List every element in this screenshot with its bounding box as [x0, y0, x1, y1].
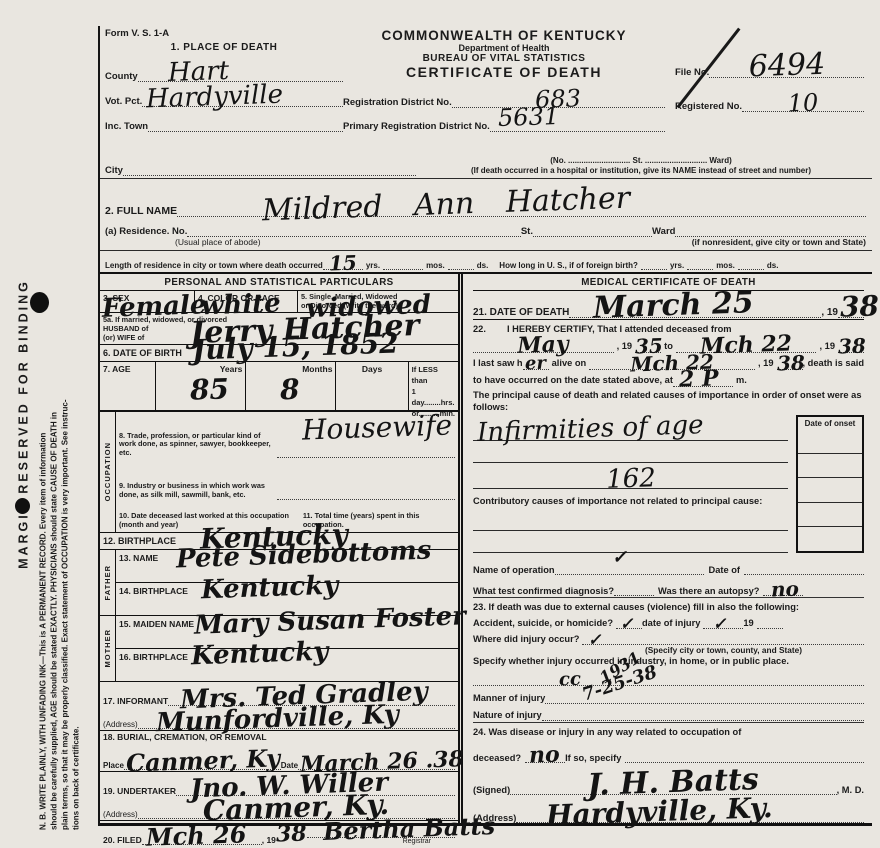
diagnosis-autopsy-row: What test confirmed diagnosis? Was there… — [473, 575, 864, 598]
occurred-time-line: 2 P — [673, 376, 733, 387]
last-saw-date-line: Mch 22 — [589, 359, 755, 370]
dod-year-line: 38 — [838, 307, 864, 318]
cause-of-death-area: Infirmities of age 162 Contributory caus… — [473, 415, 864, 553]
file-no-line: 6494 — [709, 67, 864, 78]
last-saw-row: I last saw h er alive on Mch 22 , 19 38 … — [473, 353, 864, 370]
date-of-death-label: 21. DATE OF DEATH — [473, 307, 569, 318]
ink-blot — [30, 292, 49, 313]
form-number: Form V. S. 1-A — [105, 28, 343, 39]
death-certificate-scan: MARGIN RESERVED FOR BINDING N. B. WRITE … — [0, 0, 880, 848]
city-hint-top: (No. ............................ St. ..… — [550, 156, 732, 165]
last-saw-year-prefix: , 19 — [758, 357, 774, 370]
manner-label: Manner of injury — [473, 692, 545, 704]
mother-birthplace-row: 16. BIRTHPLACE Kentucky — [116, 649, 458, 681]
date-of-onset-label: Date of onset — [798, 417, 862, 430]
contributory-line-1 — [473, 509, 788, 531]
certificate-title: CERTIFICATE OF DEATH — [343, 64, 665, 80]
filed-row: 20. FILED Mch 26 , 19 38 Bertha Batts Re… — [100, 821, 458, 847]
deceased-label: deceased? — [473, 753, 521, 763]
pen-mark: ✓ — [588, 632, 602, 648]
inc-town-label: Inc. Town — [105, 121, 148, 132]
injury-year-prefix: 19 — [743, 617, 753, 629]
filed-year-handwriting: 38 — [276, 822, 307, 845]
autopsy-handwriting: no — [771, 579, 800, 600]
registered-no-handwriting: 10 — [787, 90, 818, 115]
file-no-handwriting: 6494 — [748, 50, 825, 83]
filed-date-line: Mch 26 — [142, 834, 262, 845]
spouse-label-2: HUSBAND of — [103, 324, 148, 333]
deceased-line: no — [525, 752, 565, 763]
last-saw-pre: I last saw h — [473, 357, 523, 370]
father-bp-label: 14. BIRTHPLACE — [119, 586, 188, 596]
ds-label: ds. — [477, 261, 489, 270]
length-label: Length of residence in city or town wher… — [105, 261, 323, 270]
last-saw-year-line: 38 — [777, 359, 803, 370]
injury-date-label: date of injury — [642, 617, 700, 629]
father-side-label: FATHER — [100, 550, 116, 615]
registered-no-label: Registered No. — [675, 101, 742, 112]
last-saw-mid: alive on — [552, 357, 587, 370]
burial-place-date-row: Place Canmer, Ky Date March 26 .38 — [103, 745, 455, 770]
residence-label: (a) Residence. No. — [105, 226, 187, 237]
registrar-stack: Bertha Batts Registrar — [307, 827, 455, 845]
howlong-mos-line — [687, 259, 713, 270]
binding-margin: MARGIN RESERVED FOR BINDING N. B. WRITE … — [0, 0, 98, 848]
county-row: County Hart — [105, 57, 343, 82]
attended-from-year-prefix: , 19 — [617, 340, 633, 353]
header-right: File No. 6494 Registered No. 10 — [665, 28, 866, 146]
mother-name-handwriting: Mary Susan Foster — [194, 603, 467, 638]
age-days-label: Days — [362, 364, 382, 374]
where-injury-row: Where did injury occur? ✓ — [473, 629, 864, 645]
full-name-line: Mildred Ann Hatcher — [177, 206, 866, 217]
certify-block: 22. I HEREBY CERTIFY, That I attended de… — [473, 320, 864, 413]
onset-line — [798, 454, 862, 478]
pen-mark: ✓ — [620, 616, 634, 632]
informant-address-line: Munfordville, Ky — [138, 718, 455, 729]
father-bp-handwriting: Kentucky — [201, 573, 339, 604]
dod-year-prefix: , 19 — [821, 307, 838, 318]
length-of-residence-row: Length of residence in city or town wher… — [100, 251, 872, 274]
industry-row: 9. Industry or business in which work wa… — [116, 460, 458, 502]
certify-number: 22. — [473, 323, 507, 336]
ward-line — [675, 226, 866, 237]
birthplace-label: 12. BIRTHPLACE — [103, 536, 176, 546]
age-less-cell: If LESS than 1 day........hrs. or.......… — [409, 362, 458, 410]
autopsy-line: no — [763, 585, 803, 596]
primary-district-label: Primary Registration District No. — [343, 121, 490, 132]
onset-line — [798, 527, 862, 550]
ifso-line — [625, 752, 864, 763]
undertaker-address-label: (Address) — [103, 810, 138, 819]
margin-nb-line-3: plain terms, so that it may be properly … — [60, 18, 71, 830]
inc-town-line — [148, 121, 343, 132]
last-saw-er-handwriting: er — [524, 354, 546, 373]
deceased-row: deceased? no If so, specify — [473, 737, 864, 763]
date-of-birth-row: 6. DATE OF BIRTH July 15, 1852 — [100, 345, 458, 362]
nature-label: Nature of injury — [473, 709, 542, 721]
pen-checkmark: ✓ — [611, 549, 627, 568]
age-years-cell: Years 85 — [156, 362, 246, 410]
precinct-handwriting: Hardyville — [146, 82, 284, 113]
howlong-ds-line — [738, 259, 764, 270]
sex-cell: 3. SEX Female — [100, 291, 195, 312]
city-row: City (No. ............................ S… — [100, 146, 872, 179]
industry-line — [277, 489, 455, 500]
place-of-death-title: 1. PLACE OF DEATH — [105, 42, 343, 53]
dob-handwriting: July 15, 1852 — [192, 329, 400, 364]
onset-line — [798, 430, 862, 454]
margin-nb-line-2: should be carefully supplied, AGE should… — [49, 18, 60, 830]
test-line — [614, 585, 654, 596]
injury-year-line — [757, 618, 783, 629]
form-header: Form V. S. 1-A 1. PLACE OF DEATH County … — [100, 26, 872, 146]
physician-address-row: (Address) Hardyville, Ky. — [473, 795, 864, 823]
operation-line: ✓ — [555, 564, 705, 575]
mother-bp-handwriting: Kentucky — [191, 639, 329, 670]
informant-address-row: (Address) Munfordville, Ky — [103, 706, 455, 729]
occupation-block: OCCUPATION 8. Trade, profession, or part… — [100, 412, 458, 533]
age-months-cell: Months 8 — [246, 362, 336, 410]
accident-row: Accident, suicide, or homicide? ✓ date o… — [473, 613, 864, 629]
race-cell: 4. COLOR OR RACE white — [195, 291, 298, 312]
signed-line: J. H. Batts — [510, 784, 836, 795]
age-months-handwriting: 8 — [280, 376, 300, 405]
father-name-label: 13. NAME — [119, 553, 158, 563]
age-less-1: If LESS than — [412, 365, 438, 385]
principal-cause-text: The principal cause of death and related… — [473, 389, 864, 413]
dod-year-handwriting: 38 — [840, 292, 880, 321]
yrs-label: yrs. — [366, 261, 380, 270]
cause-lines: Infirmities of age 162 Contributory caus… — [473, 415, 796, 553]
where-label: Where did injury occur? — [473, 633, 579, 645]
burial-place-label: Place — [103, 761, 124, 770]
place-of-death-block: Form V. S. 1-A 1. PLACE OF DEATH County … — [105, 28, 343, 146]
occupation-related-block: 24. Was disease or injury in any way rel… — [473, 723, 864, 823]
attended-dates-row: May , 19 35 to Mch 22 , 19 38 — [473, 336, 864, 353]
occupation-body: 8. Trade, profession, or particular kind… — [116, 412, 458, 532]
informant-row: 17. INFORMANT Mrs. Ted Gradley — [103, 683, 455, 706]
date-of-death-line: March 25 — [569, 307, 821, 318]
length-line: 15 — [323, 259, 363, 270]
onset-line — [798, 478, 862, 502]
date-of-onset-box: Date of onset — [796, 415, 864, 553]
mos-line — [383, 259, 423, 270]
cause-code-handwriting: 162 — [605, 465, 656, 493]
precinct-label: Vot. Pct. — [105, 96, 142, 107]
md-label: , M. D. — [837, 785, 864, 795]
dob-label: 6. DATE OF BIRTH — [103, 348, 182, 358]
occurred-time-handwriting: 2 P — [679, 367, 719, 390]
occurred-post: m. — [736, 374, 747, 387]
howlong-mos-label: mos. — [716, 261, 735, 270]
margin-binding-line: MARGIN RESERVED FOR BINDING — [17, 18, 31, 830]
primary-district-handwriting: 5631 — [497, 104, 559, 130]
registrar-line: Bertha Batts — [307, 827, 455, 838]
nonresident-hint: (if nonresident, give city or town and S… — [692, 237, 866, 249]
personal-particulars-column: PERSONAL AND STATISTICAL PARTICULARS 3. … — [100, 274, 463, 823]
informant-block: 17. INFORMANT Mrs. Ted Gradley (Address)… — [100, 682, 458, 731]
residence-no-line — [187, 226, 520, 237]
physician-address-line: Hardyville, Ky. — [516, 812, 864, 823]
filed-label: 20. FILED — [103, 835, 142, 845]
medical-certificate-column: MEDICAL CERTIFICATE OF DEATH 21. DATE OF… — [463, 274, 872, 823]
signed-label: (Signed) — [473, 785, 510, 795]
ink-blot — [15, 498, 30, 514]
age-months-label: Months — [302, 364, 332, 374]
undertaker-label: 19. UNDERTAKER — [103, 786, 176, 796]
trade-label: 8. Trade, profession, or particular kind… — [119, 432, 277, 458]
mother-block: MOTHER 15. MAIDEN NAME Mary Susan Foster… — [100, 616, 458, 682]
burial-date-label: Date — [281, 761, 298, 770]
nature-line — [542, 710, 864, 721]
howlong-label: How long in U. S., if of foreign birth? — [499, 261, 638, 270]
deceased-handwriting: no — [529, 743, 560, 766]
filed-year-prefix: , 19 — [262, 835, 276, 845]
bureau-line: BUREAU OF VITAL STATISTICS — [343, 53, 665, 64]
specify-label: Specify whether injury occurred in indus… — [473, 655, 864, 667]
injury-date-line: ✓ — [703, 618, 743, 629]
accident-line: ✓ — [616, 618, 642, 629]
contributory-label: Contributory causes of importance not re… — [473, 496, 788, 507]
filed-date-handwriting: Mch 26 — [145, 822, 246, 848]
residence-hints: (Usual place of abode) (if nonresident, … — [100, 237, 872, 251]
city-line — [123, 165, 416, 176]
attended-to-year-handwriting: 38 — [838, 335, 867, 356]
ward-label: Ward — [652, 226, 675, 237]
trade-row: 8. Trade, profession, or particular kind… — [116, 412, 458, 460]
physician-address-handwriting: Hardyville, Ky. — [546, 794, 773, 830]
informant-label: 17. INFORMANT — [103, 696, 168, 706]
margin-nb-line-1: N. B. WRITE PLAINLY, WITH UNFADING INK—T… — [38, 18, 49, 830]
city-label: City — [105, 165, 123, 176]
age-less-2: 1 day........hrs. — [412, 387, 455, 407]
commonwealth-title: COMMONWEALTH OF KENTUCKY — [343, 28, 665, 43]
accident-label: Accident, suicide, or homicide? — [473, 617, 613, 629]
burial-place-line: Canmer, Ky — [124, 759, 281, 770]
date-of-label: Date of — [708, 565, 740, 575]
primary-district-line: 5631 — [490, 121, 665, 132]
trade-line — [277, 447, 455, 458]
age-label-cell: 7. AGE — [100, 362, 156, 410]
age-row: 7. AGE Years 85 Months 8 Days If LESS th — [100, 362, 458, 412]
age-days-cell: Days — [336, 362, 408, 410]
howlong-yrs-line — [641, 259, 667, 270]
date-of-death-handwriting: March 25 — [593, 288, 755, 324]
occupation-side-label: OCCUPATION — [100, 412, 116, 532]
burial-block: 18. BURIAL, CREMATION, OR REMOVAL Place … — [100, 731, 458, 772]
street-line — [533, 226, 652, 237]
margin-nb-line-4: tions on back of certificate. — [71, 18, 82, 830]
manner-of-injury-row: Manner of injury 7-25-38 — [473, 686, 864, 704]
cause-line-3: 162 — [473, 463, 788, 489]
pen-cc-line: cc 1931 — [473, 670, 864, 686]
attended-to-year-line: 38 — [838, 342, 864, 353]
binding-margin-text: MARGIN RESERVED FOR BINDING N. B. WRITE … — [17, 18, 82, 830]
registered-no-line: 10 — [742, 101, 864, 112]
age-label: 7. AGE — [103, 364, 131, 374]
certificate-form: Form V. S. 1-A 1. PLACE OF DEATH County … — [98, 26, 872, 826]
precinct-line: Hardyville — [142, 96, 343, 107]
operation-row: Name of operation ✓ Date of — [473, 553, 864, 576]
mother-body: 15. MAIDEN NAME Mary Susan Foster 16. BI… — [116, 616, 458, 681]
full-name-row: 2. FULL NAME Mildred Ann Hatcher — [100, 179, 872, 217]
abode-hint: (Usual place of abode) — [175, 237, 261, 249]
last-saw-year-handwriting: 38 — [776, 352, 805, 373]
spouse-label-3: (or) WIFE of — [103, 333, 144, 342]
city-hint-bottom: (If death occurred in a hospital or inst… — [471, 166, 811, 175]
trade-handwriting: Housewife — [301, 411, 452, 444]
mother-side-label: MOTHER — [100, 616, 116, 681]
autopsy-label: Was there an autopsy? — [658, 586, 759, 596]
city-hints: (No. ............................ St. ..… — [416, 156, 866, 176]
last-saw-post: , death is said — [803, 357, 864, 370]
primary-district-row: Primary Registration District No. 5631 — [343, 108, 665, 132]
external-causes-block: 23. If death was due to external causes … — [473, 598, 864, 723]
informant-address-label: (Address) — [103, 720, 138, 729]
q24-line1: 24. Was disease or injury in any way rel… — [473, 727, 864, 737]
mother-name-label: 15. MAIDEN NAME — [119, 619, 194, 629]
onset-line — [798, 503, 862, 527]
nature-of-injury-row: Nature of injury — [473, 704, 864, 723]
operation-label: Name of operation — [473, 565, 555, 575]
father-name-handwriting: Pete Sidebottoms — [176, 538, 432, 573]
external-label: 23. If death was due to external causes … — [473, 601, 864, 613]
cause-line-1: Infirmities of age — [473, 415, 788, 441]
ds-line — [448, 259, 474, 270]
pen-mark: ✓ — [713, 616, 727, 632]
age-years-handwriting: 85 — [190, 375, 230, 404]
ifso-label: If so, specify — [565, 753, 621, 763]
length-handwriting: 15 — [328, 253, 357, 274]
precinct-row: Vot. Pct. Hardyville — [105, 82, 343, 107]
mother-bp-label: 16. BIRTHPLACE — [119, 652, 188, 662]
attended-to-year-prefix: , 19 — [819, 340, 835, 353]
date-of-death-row: 21. DATE OF DEATH March 25 , 19 38 — [473, 291, 864, 320]
howlong-ds-label: ds. — [767, 261, 779, 270]
cause-line-2 — [473, 441, 788, 463]
street-label: St. — [521, 226, 533, 237]
test-label: What test confirmed diagnosis? — [473, 586, 614, 596]
physician-address-label: (Address) — [473, 813, 516, 823]
where-line: ✓ — [582, 634, 864, 645]
last-saw-er-line: er — [523, 359, 549, 370]
mos-label: mos. — [426, 261, 445, 270]
contributory-line-2 — [473, 531, 788, 553]
operation-date-line — [744, 564, 864, 575]
certificate-columns: PERSONAL AND STATISTICAL PARTICULARS 3. … — [100, 274, 872, 826]
header-center: COMMONWEALTH OF KENTUCKY Department of H… — [343, 28, 665, 146]
industry-label: 9. Industry or business in which work wa… — [119, 482, 277, 500]
registration-district-label: Registration District No. — [343, 97, 452, 108]
attended-from-line: May — [473, 342, 614, 353]
county-label: County — [105, 71, 138, 82]
full-name-label: 2. FULL NAME — [105, 205, 177, 217]
howlong-yrs-label: yrs. — [670, 261, 684, 270]
department-line: Department of Health — [343, 43, 665, 53]
